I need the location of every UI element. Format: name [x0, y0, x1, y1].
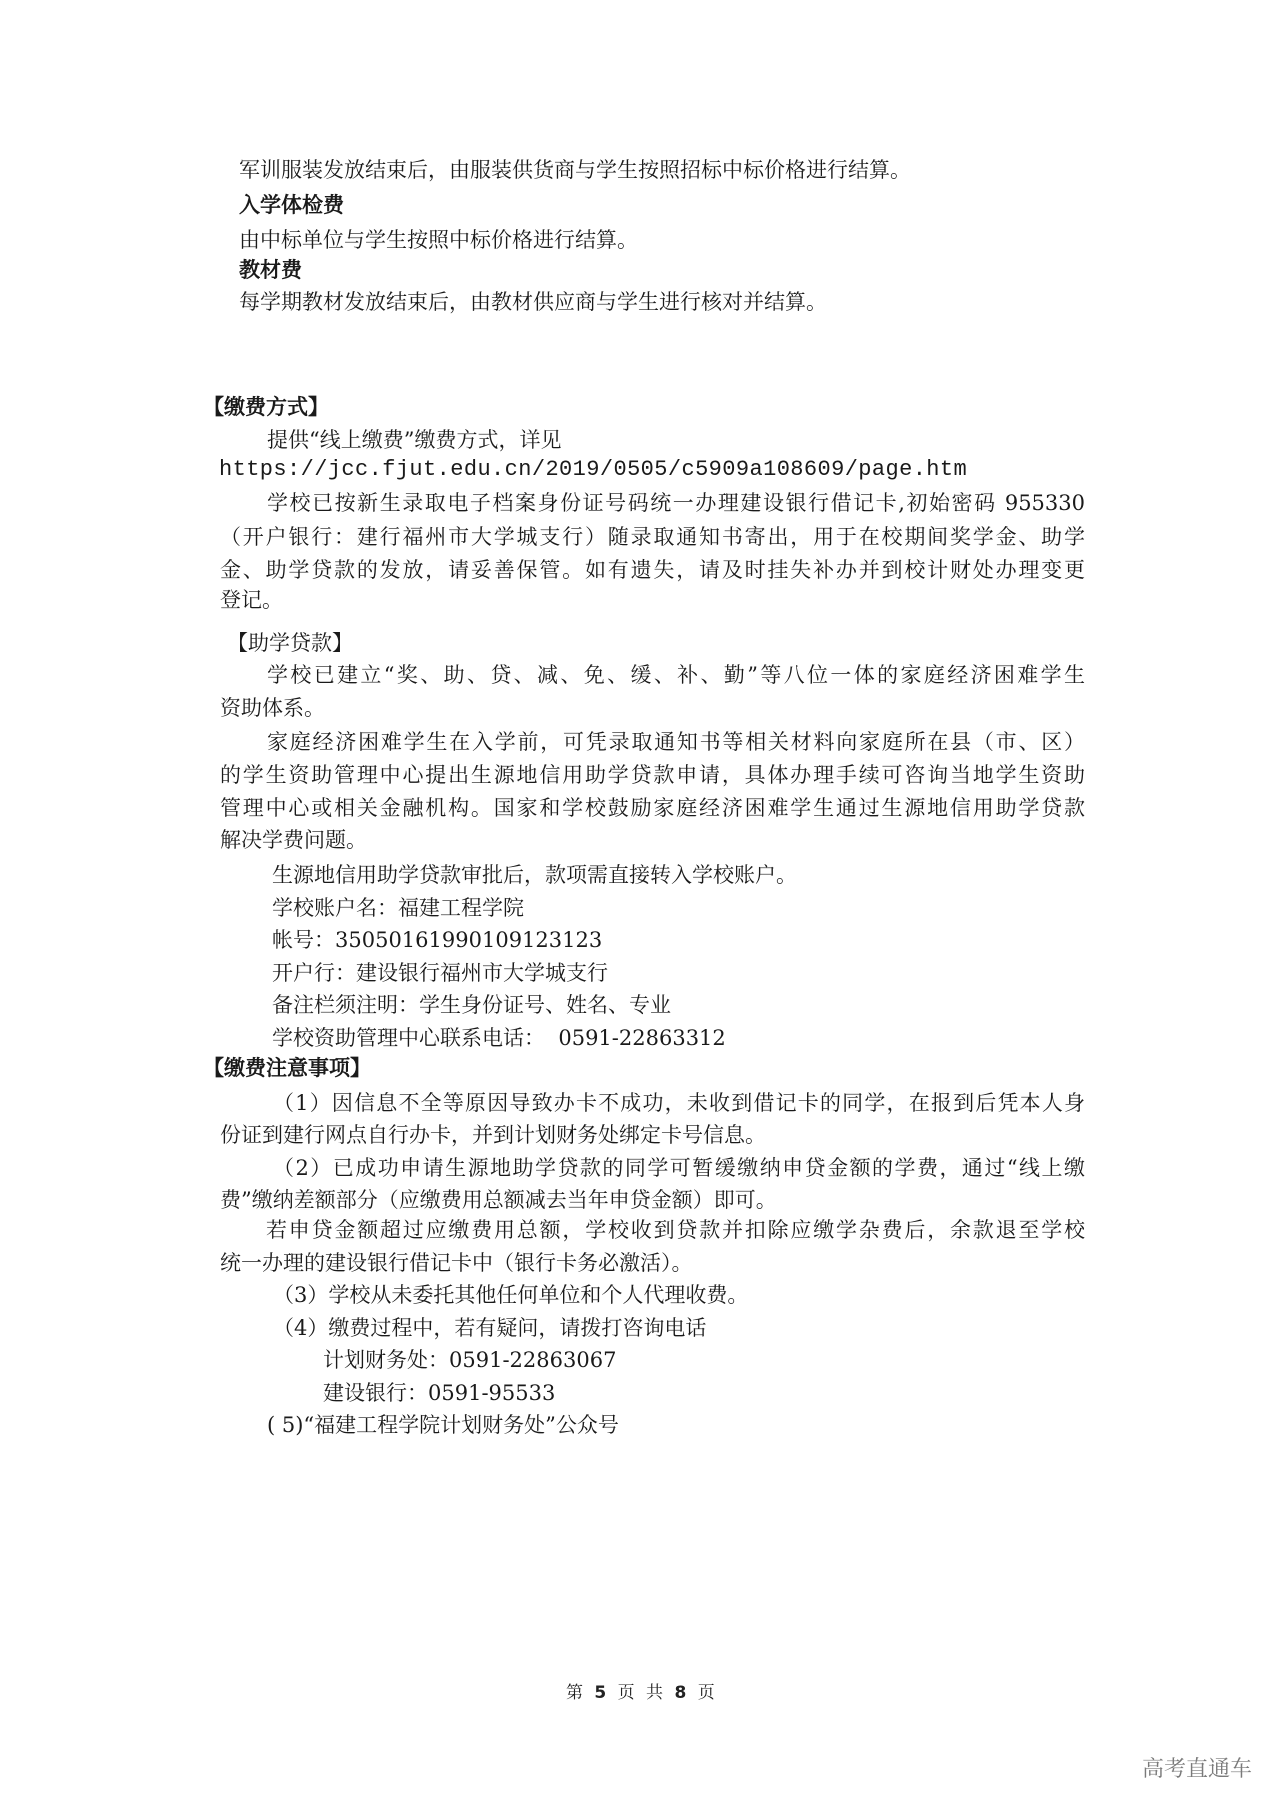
school-account-name: 学校账户名：福建工程学院	[272, 895, 524, 921]
page-suffix: 页	[698, 1683, 715, 1703]
note-item-2-line: （2）已成功申请生源地助学贷款的同学可暂缓缴纳申贷金额的学费，通过“线上缴	[273, 1155, 1085, 1181]
card-info-line: （开户银行：建行福州市大学城支行）随录取通知书寄出，用于在校期间奖学金、助学	[220, 524, 1085, 550]
textbook-heading: 教材费	[239, 257, 302, 283]
page-middle: 页 共	[618, 1683, 663, 1703]
textbook-text: 每学期教材发放结束后，由教材供应商与学生进行核对并结算。	[239, 289, 827, 315]
loan-apply-line: 的学生资助管理中心提出生源地信用助学贷款申请，具体办理手续可咨询当地学生资助	[220, 762, 1085, 788]
note-item-3: （3）学校从未委托其他任何单位和个人代理收费。	[273, 1282, 748, 1308]
note-item-2-line: 费”缴纳差额部分（应缴费用总额减去当年申贷金额）即可。	[220, 1187, 777, 1213]
payment-url-link[interactable]: https://jcc.fjut.edu.cn/2019/0505/c5909a…	[219, 457, 967, 483]
finance-office-phone: 计划财务处：0591-22863067	[323, 1347, 616, 1373]
payment-method-heading: 【缴费方式】	[203, 394, 329, 420]
loan-apply-line: 解决学费问题。	[220, 827, 367, 853]
school-account-bank: 开户行：建设银行福州市大学城支行	[272, 960, 608, 986]
note-item-2-extra-line: 统一办理的建设银行借记卡中（银行卡务必激活）。	[220, 1250, 693, 1276]
total-pages: 8	[674, 1683, 686, 1703]
card-info-line: 学校已按新生录取电子档案身份证号码统一办理建设银行借记卡,初始密码 955330	[267, 490, 1085, 516]
loan-apply-line: 管理中心或相关金融机构。国家和学校鼓励家庭经济困难学生通过生源地信用助学贷款	[220, 795, 1085, 821]
note-item-1-line: 份证到建行网点自行办卡，并到计划财务处绑定卡号信息。	[220, 1122, 766, 1148]
note-item-5: ( 5)“福建工程学院计划财务处”公众号	[267, 1412, 619, 1438]
ccb-phone: 建设银行：0591-95533	[323, 1380, 555, 1406]
loan-apply-line: 家庭经济困难学生在入学前，可凭录取通知书等相关材料向家庭所在县（市、区）	[267, 729, 1085, 755]
physical-exam-heading: 入学体检费	[239, 192, 344, 218]
loan-system-line: 资助体系。	[220, 695, 325, 721]
remark-requirement: 备注栏须注明：学生身份证号、姓名、专业	[272, 992, 671, 1018]
card-info-line: 登记。	[220, 587, 283, 613]
payment-method-intro: 提供“线上缴费”缴费方式，详见	[267, 427, 561, 453]
note-item-1-line: （1）因信息不全等原因导致办卡不成功，未收到借记卡的同学，在报到后凭本人身	[273, 1090, 1085, 1116]
page-prefix: 第	[566, 1683, 583, 1703]
uniform-settlement-text: 军训服装发放结束后，由服装供货商与学生按照招标中标价格进行结算。	[239, 157, 911, 183]
watermark: 高考直通车	[1142, 1756, 1252, 1784]
loan-transfer-note: 生源地信用助学贷款审批后，款项需直接转入学校账户。	[272, 862, 797, 888]
student-loan-heading: 【助学贷款】	[227, 630, 353, 656]
note-item-4: （4）缴费过程中，若有疑问，请拨打咨询电话	[273, 1315, 706, 1341]
card-info-line: 金、助学贷款的发放，请妥善保管。如有遗失，请及时挂失补办并到校计财处办理变更	[220, 557, 1085, 583]
page-number: 第 5 页 共 8 页	[566, 1681, 715, 1705]
school-account-number: 帐号：35050161990109123123	[272, 927, 602, 953]
physical-exam-text: 由中标单位与学生按照中标价格进行结算。	[239, 227, 638, 253]
current-page: 5	[594, 1683, 606, 1703]
loan-system-line: 学校已建立“奖、助、贷、减、免、缓、补、勤”等八位一体的家庭经济困难学生	[267, 662, 1085, 688]
note-item-2-extra-line: 若申贷金额超过应缴费用总额，学校收到贷款并扣除应缴学杂费后，余款退至学校	[266, 1217, 1085, 1243]
payment-notes-heading: 【缴费注意事项】	[203, 1055, 371, 1081]
aid-center-phone: 学校资助管理中心联系电话： 0591-22863312	[272, 1025, 726, 1051]
